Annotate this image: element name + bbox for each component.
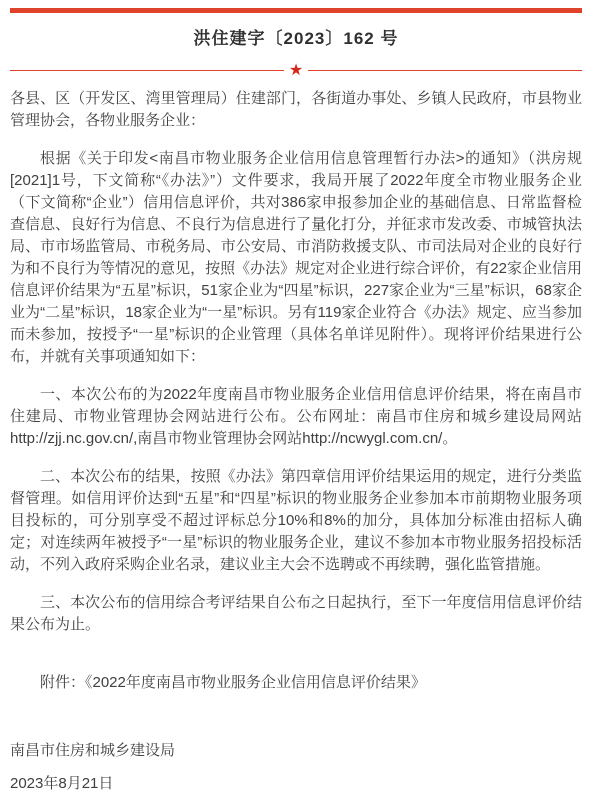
star-icon: ★ [289, 63, 303, 78]
notice-document: 洪住建字〔2023〕162 号 ★ 各县、区（开发区、湾里管理局）住建部门，各街… [0, 8, 592, 800]
salutation: 各县、区（开发区、湾里管理局）住建部门，各街道办事处、乡镇人民政府，市县物业管理… [10, 88, 582, 132]
divider-line-left [10, 70, 284, 71]
top-double-rule [10, 8, 582, 13]
body-paragraph-item-3: 三、本次公布的信用综合考评结果自公布之日起执行，至下一年度信用信息评价结果公布为… [10, 592, 582, 636]
notice-body: 各县、区（开发区、湾里管理局）住建部门，各街道办事处、乡镇人民政府，市县物业管理… [10, 88, 582, 795]
body-paragraph-item-1: 一、本次公布的为2022年度南昌市物业服务企业信用信息评价结果，将在南昌市住建局… [10, 384, 582, 450]
body-paragraph-item-2: 二、本次公布的结果，按照《办法》第四章信用评价结果运用的规定，进行分类监督管理。… [10, 466, 582, 576]
doc-number: 洪住建字〔2023〕162 号 [10, 26, 582, 52]
star-divider: ★ [10, 63, 582, 78]
attachment-line: 附件：《2022年度南昌市物业服务企业信用信息评价结果》 [10, 672, 582, 694]
divider-line-right [308, 70, 582, 71]
issuer-signature: 南昌市住房和城乡建设局 [10, 740, 582, 762]
issue-date: 2023年8月21日 [10, 773, 582, 795]
body-paragraph-intro: 根据《关于印发<南昌市物业服务企业信用信息管理暂行办法>的通知》（洪房规[202… [10, 148, 582, 368]
